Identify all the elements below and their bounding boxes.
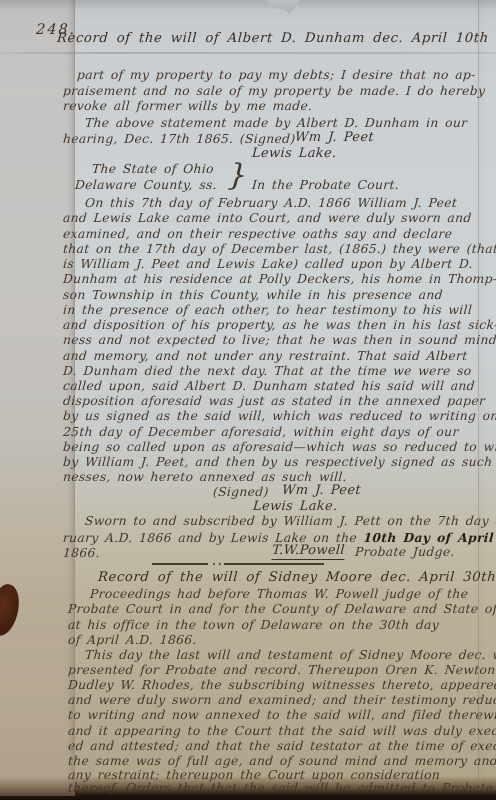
witness-signature: Lewis Lake. bbox=[251, 146, 337, 161]
proceeding-line: Probate Court in and for the County of D… bbox=[68, 602, 496, 616]
will-line: praisement and no sale of my property be… bbox=[63, 84, 486, 98]
will-line: part of my property to pay my debts; I d… bbox=[77, 68, 477, 82]
testimony-line: and disposition of his property, as he w… bbox=[63, 318, 496, 332]
testimony-line: examined, and on their respective oaths … bbox=[63, 227, 453, 241]
venue-brace: } bbox=[227, 158, 249, 193]
record-title-moore: Record of the will of Sidney Moore dec. … bbox=[97, 570, 496, 585]
witness-signature: Wm J. Peet bbox=[281, 483, 361, 498]
testimony-line: son Township in this County, while in hi… bbox=[63, 288, 444, 302]
testimony-line: disposition aforesaid was just as stated… bbox=[63, 394, 486, 408]
proceeding-line: Proceedings had before Thomas W. Powell … bbox=[90, 587, 469, 601]
top-edge-shadow bbox=[0, 0, 496, 10]
divider-line-right bbox=[224, 563, 324, 565]
testimony-line: that on the 17th day of December last, (… bbox=[63, 242, 496, 256]
probate-line: any restraint; thereupon the Court upon … bbox=[68, 768, 441, 782]
venue-county: Delaware County, ss. bbox=[75, 178, 218, 192]
testimony-line: by us signed as the said will, which was… bbox=[63, 409, 496, 423]
probate-line: thereof, Orders that that the said will … bbox=[68, 781, 494, 795]
header-crease-line bbox=[0, 52, 496, 54]
proceeding-line: at his office in the town of Delaware on… bbox=[68, 618, 440, 632]
testimony-line: D. Dunham died the next day. That at the… bbox=[63, 364, 473, 378]
probate-line: and it appearing to the Court that the s… bbox=[68, 724, 496, 738]
testimony-line: called upon, said Albert D. Dunham state… bbox=[63, 379, 476, 393]
testimony-line: in the presence of each other, to hear t… bbox=[63, 303, 473, 317]
attestation-line: hearing, Dec. 17th 1865. (Signed) bbox=[63, 132, 297, 146]
testimony-line: On this 7th day of February A.D. 1866 Wi… bbox=[85, 196, 458, 210]
testimony-line: by William J. Peet, and then by us respe… bbox=[63, 455, 496, 469]
probate-line: to writing and now annexed to the said w… bbox=[68, 708, 496, 722]
probate-line: This day the last will and testament of … bbox=[85, 648, 496, 662]
jurat-year: 1866. bbox=[63, 546, 101, 560]
probate-line: presented for Probate and record. Thereu… bbox=[68, 663, 496, 677]
divider-line-left bbox=[152, 563, 208, 565]
testimony-line: Dunham at his residence at Polly Deckers… bbox=[63, 272, 496, 286]
testimony-line: nesses, now hereto annexed as such will. bbox=[63, 470, 348, 484]
proceeding-line: of April A.D. 1866. bbox=[68, 633, 198, 647]
probate-line: the same was of full age, and of sound m… bbox=[68, 754, 496, 768]
judge-signature: T.W.Powell bbox=[271, 543, 345, 560]
testimony-line: being so called upon as aforesaid—which … bbox=[63, 440, 496, 454]
will-line: revoke all former wills by me made. bbox=[63, 99, 313, 113]
probate-line: Dudley W. Rhodes, the subscribing witnes… bbox=[68, 678, 496, 692]
testimony-line: and Lewis Lake came into Court, and were… bbox=[63, 211, 473, 225]
testimony-line: and memory, and not under any restraint.… bbox=[63, 349, 469, 363]
venue-state: The State of Ohio bbox=[92, 162, 215, 176]
ledger-page: 248. Record of the will of Albert D. Dun… bbox=[0, 0, 496, 800]
witness-signature: Wm J. Peet bbox=[294, 130, 374, 145]
jurat-line-bold: 10th Day of April bbox=[363, 530, 494, 545]
jurat-line: Sworn to and subscribed by William J. Pe… bbox=[85, 514, 496, 528]
probate-line: ed and attested; and that the said testa… bbox=[68, 739, 496, 753]
venue-court: In the Probate Court. bbox=[252, 178, 400, 192]
testimony-line: is William J. Peet and Lewis Lake) calle… bbox=[63, 257, 474, 271]
testimony-line: 25th day of December aforesaid, within e… bbox=[63, 425, 460, 439]
witness-signature: Lewis Lake. bbox=[252, 499, 338, 514]
judge-title: Probate Judge. bbox=[355, 545, 456, 559]
testimony-line: ness and not expected to live; that he w… bbox=[63, 333, 496, 347]
probate-line: and were duly sworn and examined; and th… bbox=[68, 693, 496, 707]
divider-dots: .. bbox=[212, 555, 224, 568]
attestation-line: The above statement made by Albert D. Du… bbox=[85, 116, 468, 130]
signed-label: (Signed) bbox=[213, 485, 270, 499]
record-title-dunham: Record of the will of Albert D. Dunham d… bbox=[56, 31, 496, 46]
